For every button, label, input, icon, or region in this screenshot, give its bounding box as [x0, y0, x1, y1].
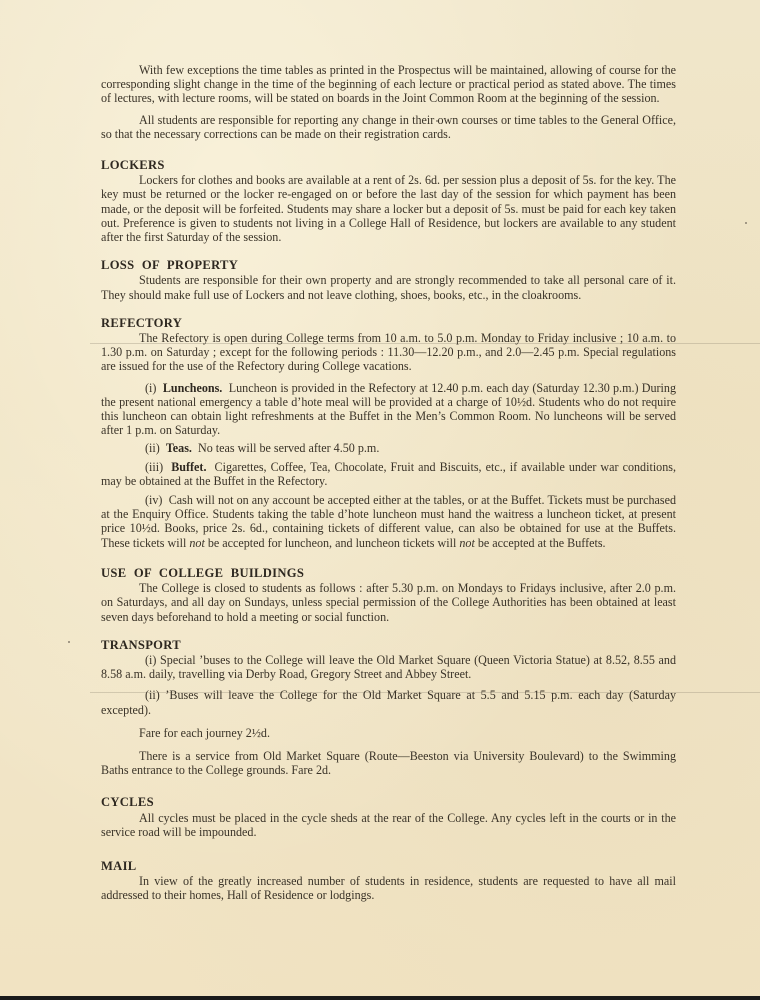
- paragraph: Students are responsible for their own p…: [101, 273, 676, 301]
- cycles-section: CYCLES All cycles must be placed in the …: [101, 795, 676, 839]
- paragraph: The Refectory is open during College ter…: [101, 331, 676, 374]
- lockers-section: LOCKERS Lockers for clothes and books ar…: [101, 158, 676, 244]
- section-heading: REFECTORY: [101, 316, 676, 330]
- refectory-item-cash: (iv) Cash will not on any account be acc…: [101, 493, 676, 550]
- section-heading: USE OF COLLEGE BUILDINGS: [101, 566, 676, 580]
- paragraph: In view of the greatly increased number …: [101, 874, 676, 902]
- refectory-item-luncheons: (i) Luncheons. Luncheon is provided in t…: [101, 381, 676, 438]
- mail-section: MAIL In view of the greatly increased nu…: [101, 859, 676, 903]
- refectory-item-teas: (ii) Teas. No teas will be served after …: [101, 441, 676, 455]
- paragraph: The College is closed to students as fol…: [101, 581, 676, 624]
- paragraph: With few exceptions the time tables as p…: [101, 63, 676, 106]
- transport-item: (ii) ’Buses will leave the College for t…: [101, 688, 676, 716]
- transport-item: (i) Special ’buses to the College will l…: [101, 653, 676, 681]
- paper-speck: [745, 222, 747, 224]
- section-heading: MAIL: [101, 859, 676, 873]
- transport-service: There is a service from Old Market Squar…: [101, 749, 676, 777]
- section-heading: LOSS OF PROPERTY: [101, 258, 676, 272]
- section-heading: CYCLES: [101, 795, 676, 809]
- refectory-item-buffet: (iii) Buffet. Cigarettes, Coffee, Tea, C…: [101, 460, 676, 488]
- use-of-buildings-section: USE OF COLLEGE BUILDINGS The College is …: [101, 566, 676, 624]
- paragraph: All cycles must be placed in the cycle s…: [101, 811, 676, 839]
- loss-of-property-section: LOSS OF PROPERTY Students are responsibl…: [101, 258, 676, 302]
- section-heading: LOCKERS: [101, 158, 676, 172]
- refectory-section: REFECTORY The Refectory is open during C…: [101, 316, 676, 550]
- paragraph: Lockers for clothes and books are availa…: [101, 173, 676, 244]
- transport-section: TRANSPORT (i) Special ’buses to the Coll…: [101, 638, 676, 778]
- page-bottom-edge: [0, 996, 760, 1000]
- transport-fare: Fare for each journey 2½d.: [101, 726, 676, 740]
- paper-speck: [68, 641, 70, 643]
- section-heading: TRANSPORT: [101, 638, 676, 652]
- document-body: With few exceptions the time tables as p…: [101, 63, 676, 903]
- intro-section: With few exceptions the time tables as p…: [101, 63, 676, 141]
- paragraph: All students are responsible for reporti…: [101, 113, 676, 141]
